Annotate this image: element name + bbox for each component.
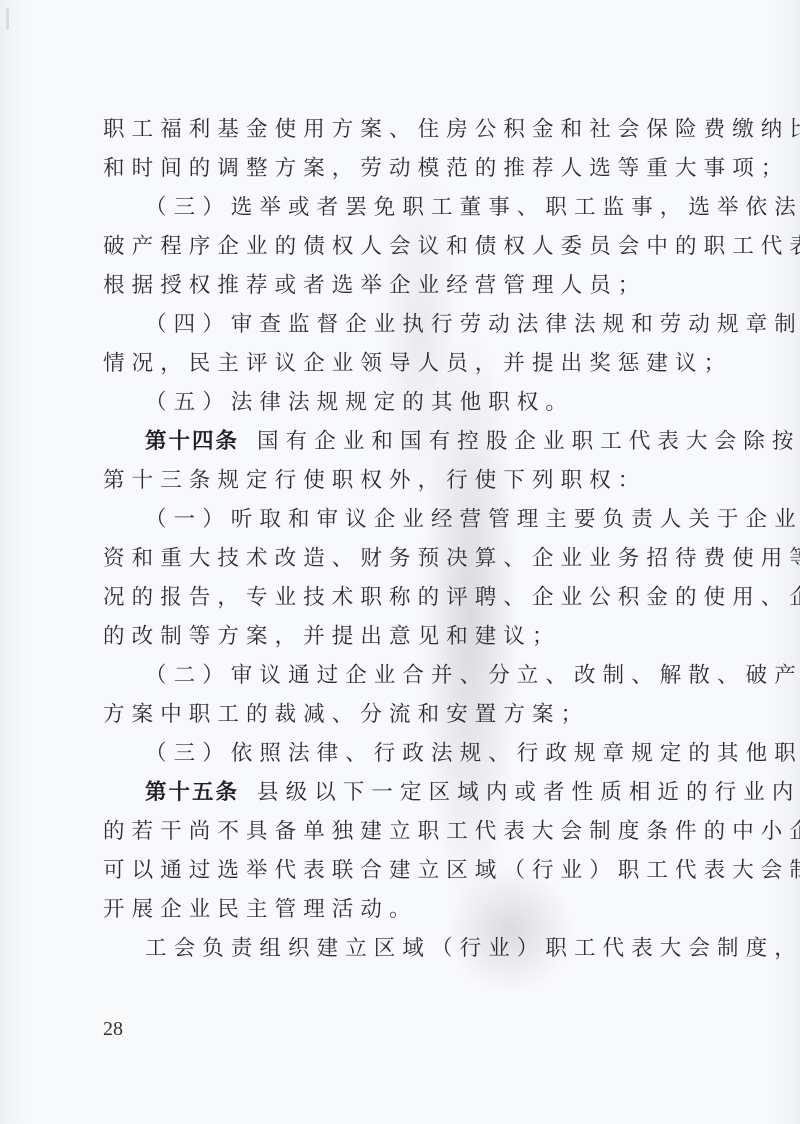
scan-edge-mark [6, 8, 9, 30]
clause-item-2: （二）审议通过企业合并、分立、改制、解散、破产实施 [145, 662, 705, 690]
text-line: 情况，民主评议企业领导人员，并提出奖惩建议； [103, 350, 703, 378]
clause-item-4: （四）审查监督企业执行劳动法律法规和劳动规章制度 [145, 311, 705, 339]
page-number: 28 [103, 1018, 123, 1041]
text-line: 职工福利基金使用方案、住房公积金和社会保险费缴纳比例 [103, 116, 703, 144]
text-line: 的改制等方案，并提出意见和建议； [103, 623, 703, 651]
clause-item-3b: （三）依照法律、行政法规、行政规章规定的其他职权。 [145, 740, 705, 768]
text-line: 和时间的调整方案，劳动模范的推荐人选等重大事项； [103, 155, 703, 183]
text-line: 方案中职工的裁减、分流和安置方案； [103, 701, 703, 729]
text-line: 破产程序企业的债权人会议和债权人委员会中的职工代表， [103, 233, 703, 261]
scanned-page: 职工福利基金使用方案、住房公积金和社会保险费缴纳比例 和时间的调整方案，劳动模范… [0, 0, 800, 1124]
text-line: 资和重大技术改造、财务预决算、企业业务招待费使用等情 [103, 545, 703, 573]
text-line: 开展企业民主管理活动。 [103, 896, 703, 924]
clause-item-5: （五）法律法规规定的其他职权。 [145, 389, 705, 417]
clause-item-3: （三）选举或者罢免职工董事、职工监事，选举依法进入 [145, 194, 705, 222]
paragraph-line: 工会负责组织建立区域（行业）职工代表大会制度，区 [145, 935, 705, 963]
article-number: 第十五条 [145, 780, 239, 805]
text-line: 第十三条规定行使职权外，行使下列职权： [103, 467, 703, 495]
article-15-heading-line: 第十五条县级以下一定区域内或者性质相近的行业内 [145, 779, 705, 807]
text-line: 根据授权推荐或者选举企业经营管理人员； [103, 272, 703, 300]
text-line: 的若干尚不具备单独建立职工代表大会制度条件的中小企业， [103, 818, 703, 846]
article-text: 国有企业和国有控股企业职工代表大会除按 [257, 429, 800, 454]
article-number: 第十四条 [145, 429, 239, 454]
text-line: 可以通过选举代表联合建立区域（行业）职工代表大会制度， [103, 857, 703, 885]
article-text: 县级以下一定区域内或者性质相近的行业内 [257, 780, 800, 805]
text-line: 况的报告，专业技术职称的评聘、企业公积金的使用、企业 [103, 584, 703, 612]
article-14-heading-line: 第十四条国有企业和国有控股企业职工代表大会除按 [145, 428, 705, 456]
clause-item-1: （一）听取和审议企业经营管理主要负责人关于企业投 [145, 506, 705, 534]
